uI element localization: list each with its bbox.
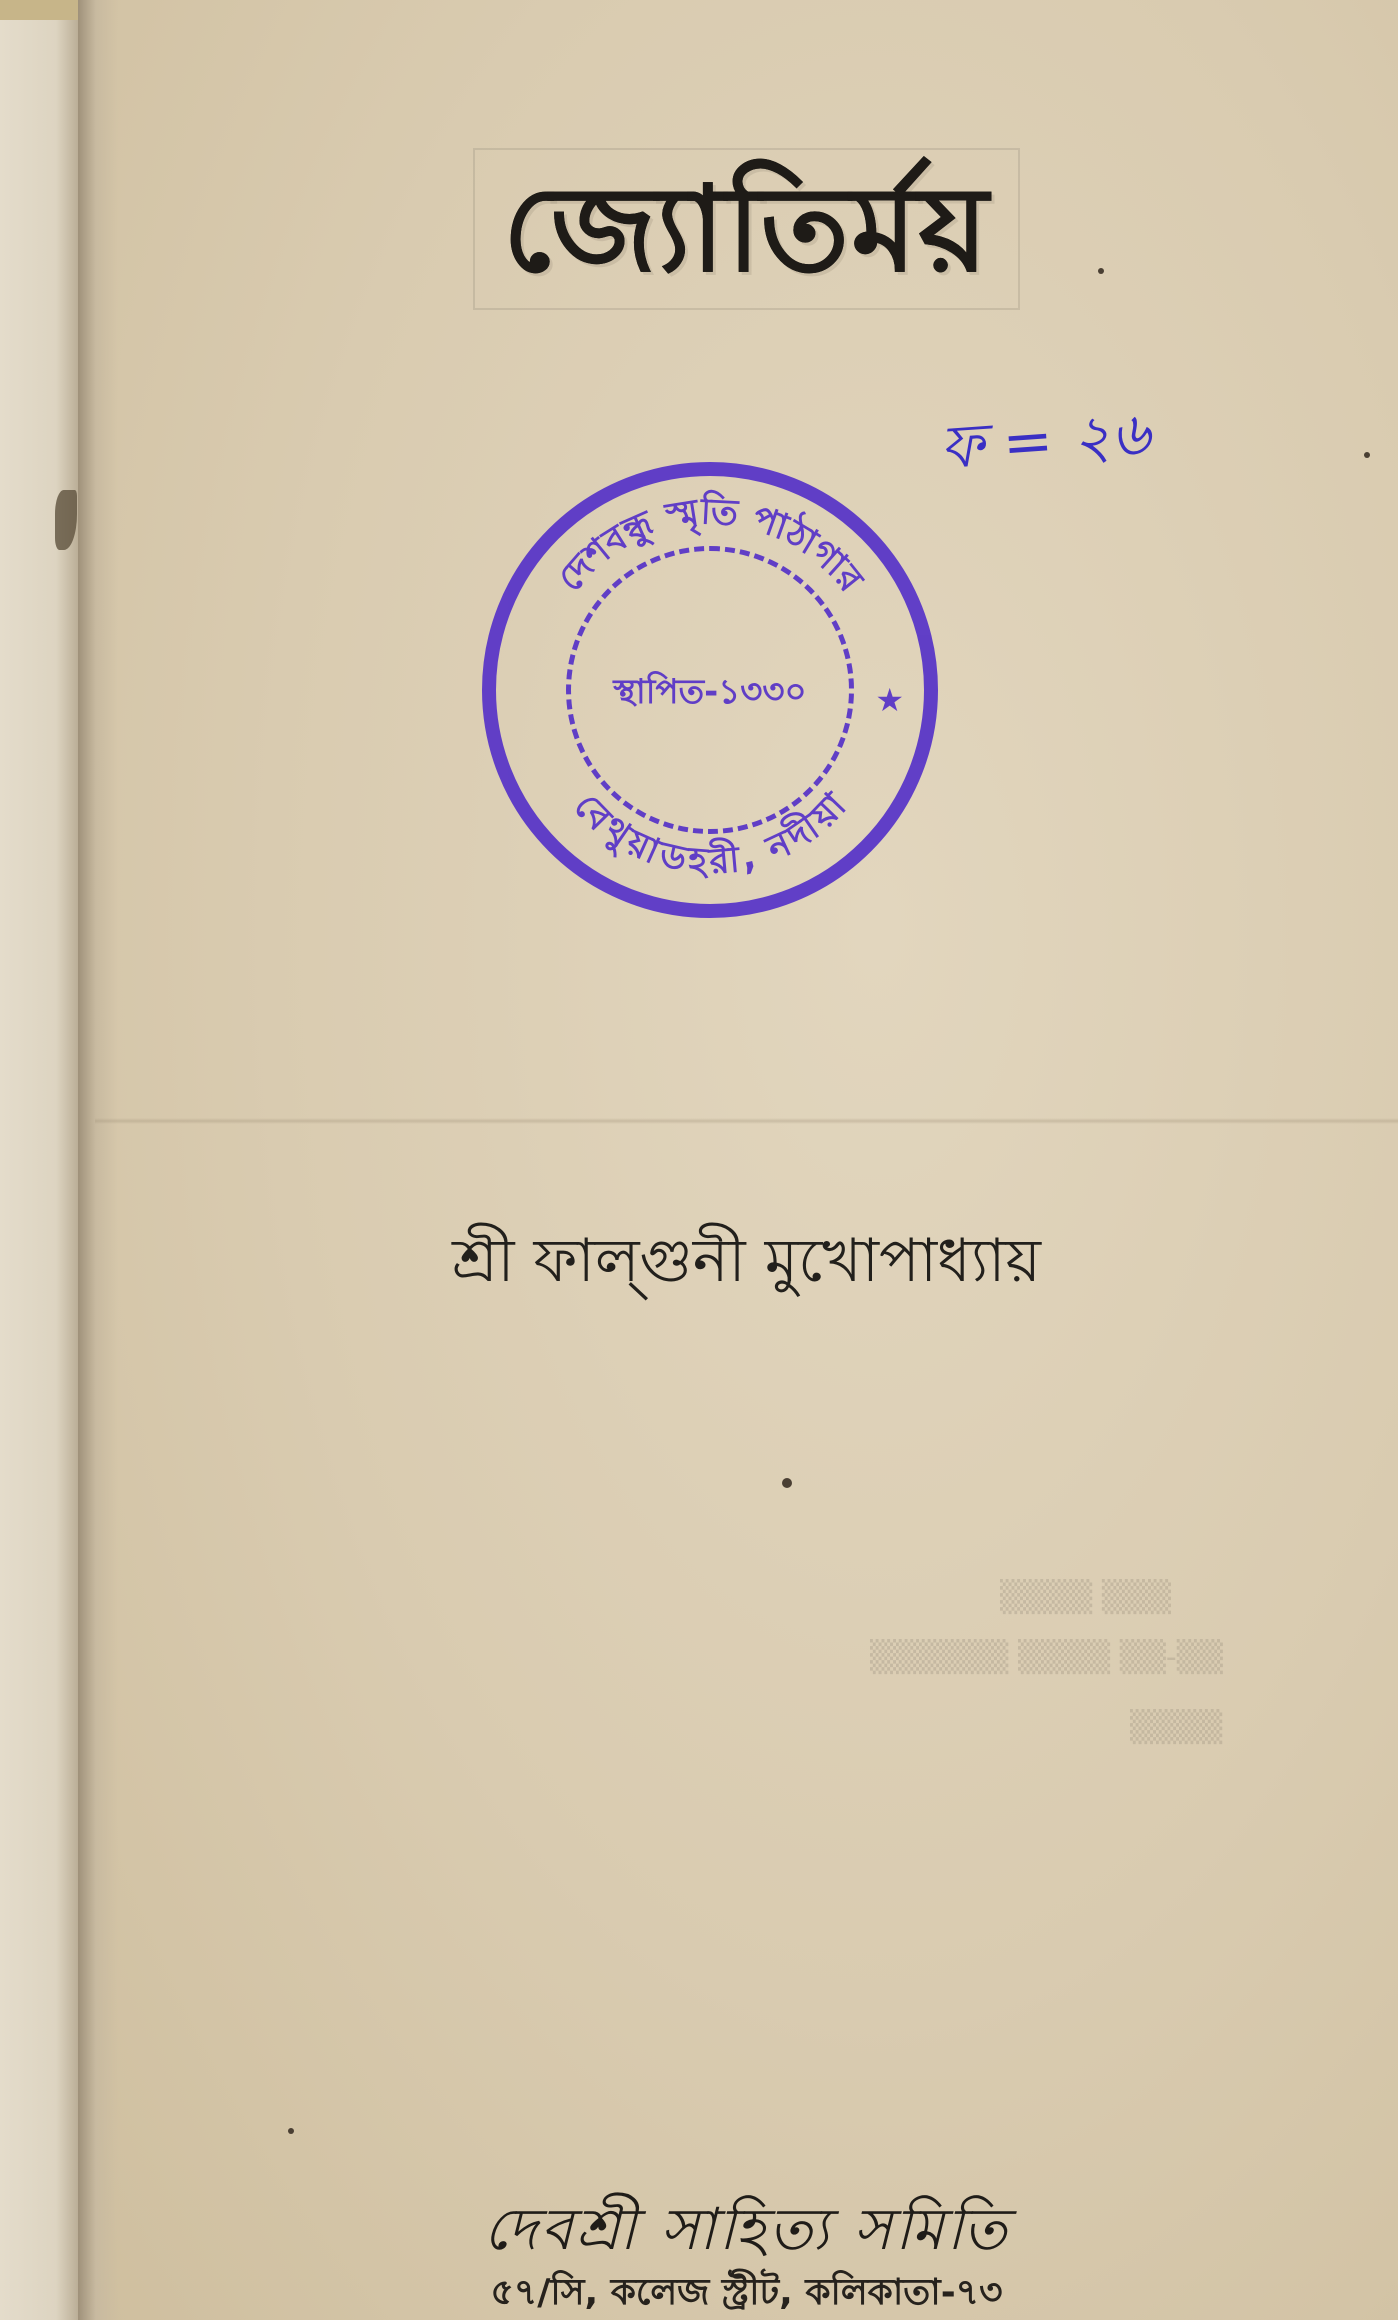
library-stamp: দেশবন্ধু স্মৃতি পাঠাগার বেথুয়াডহরী, নদী…	[482, 462, 938, 918]
bleed-through-text: ▒▒▒▒ ▒▒▒	[1000, 1580, 1171, 1615]
paper-speck	[288, 2128, 294, 2134]
page-fold-crease	[95, 1118, 1398, 1124]
book-spine-edge	[0, 0, 80, 2320]
page-gutter-shadow	[78, 0, 118, 2320]
bleed-through-text: ▒▒▒▒▒▒ ▒▒▒▒ ▒▒-▒▒	[870, 1640, 1223, 1675]
bleed-through-text: ▒▒▒▒	[1130, 1710, 1222, 1745]
publisher-address: ৫৭/সি, কলেজ স্ট্রীট, কলিকাতা-৭৩	[95, 2265, 1398, 2320]
star-icon: ★	[875, 681, 904, 719]
author-name: শ্রী ফাল্গুনী মুখোপাধ্যায়	[95, 1215, 1398, 1315]
handwritten-note: ফ = ২৬	[937, 388, 1154, 502]
book-title: জ্যোতির্ময়	[95, 170, 1398, 288]
spine-binding-band	[0, 0, 80, 20]
scanned-title-page: ▒▒▒▒ ▒▒▒ ▒▒▒▒▒▒ ▒▒▒▒ ▒▒-▒▒ ▒▒▒▒ জ্যোতির্…	[0, 0, 1398, 2320]
stamp-center-text: স্থাপিত-১৩৩০	[496, 666, 924, 723]
paper-speck	[782, 1478, 792, 1488]
paper-page	[95, 0, 1398, 2320]
book-title-text: জ্যোতির্ময়	[479, 154, 1014, 304]
paper-speck	[1364, 452, 1370, 458]
